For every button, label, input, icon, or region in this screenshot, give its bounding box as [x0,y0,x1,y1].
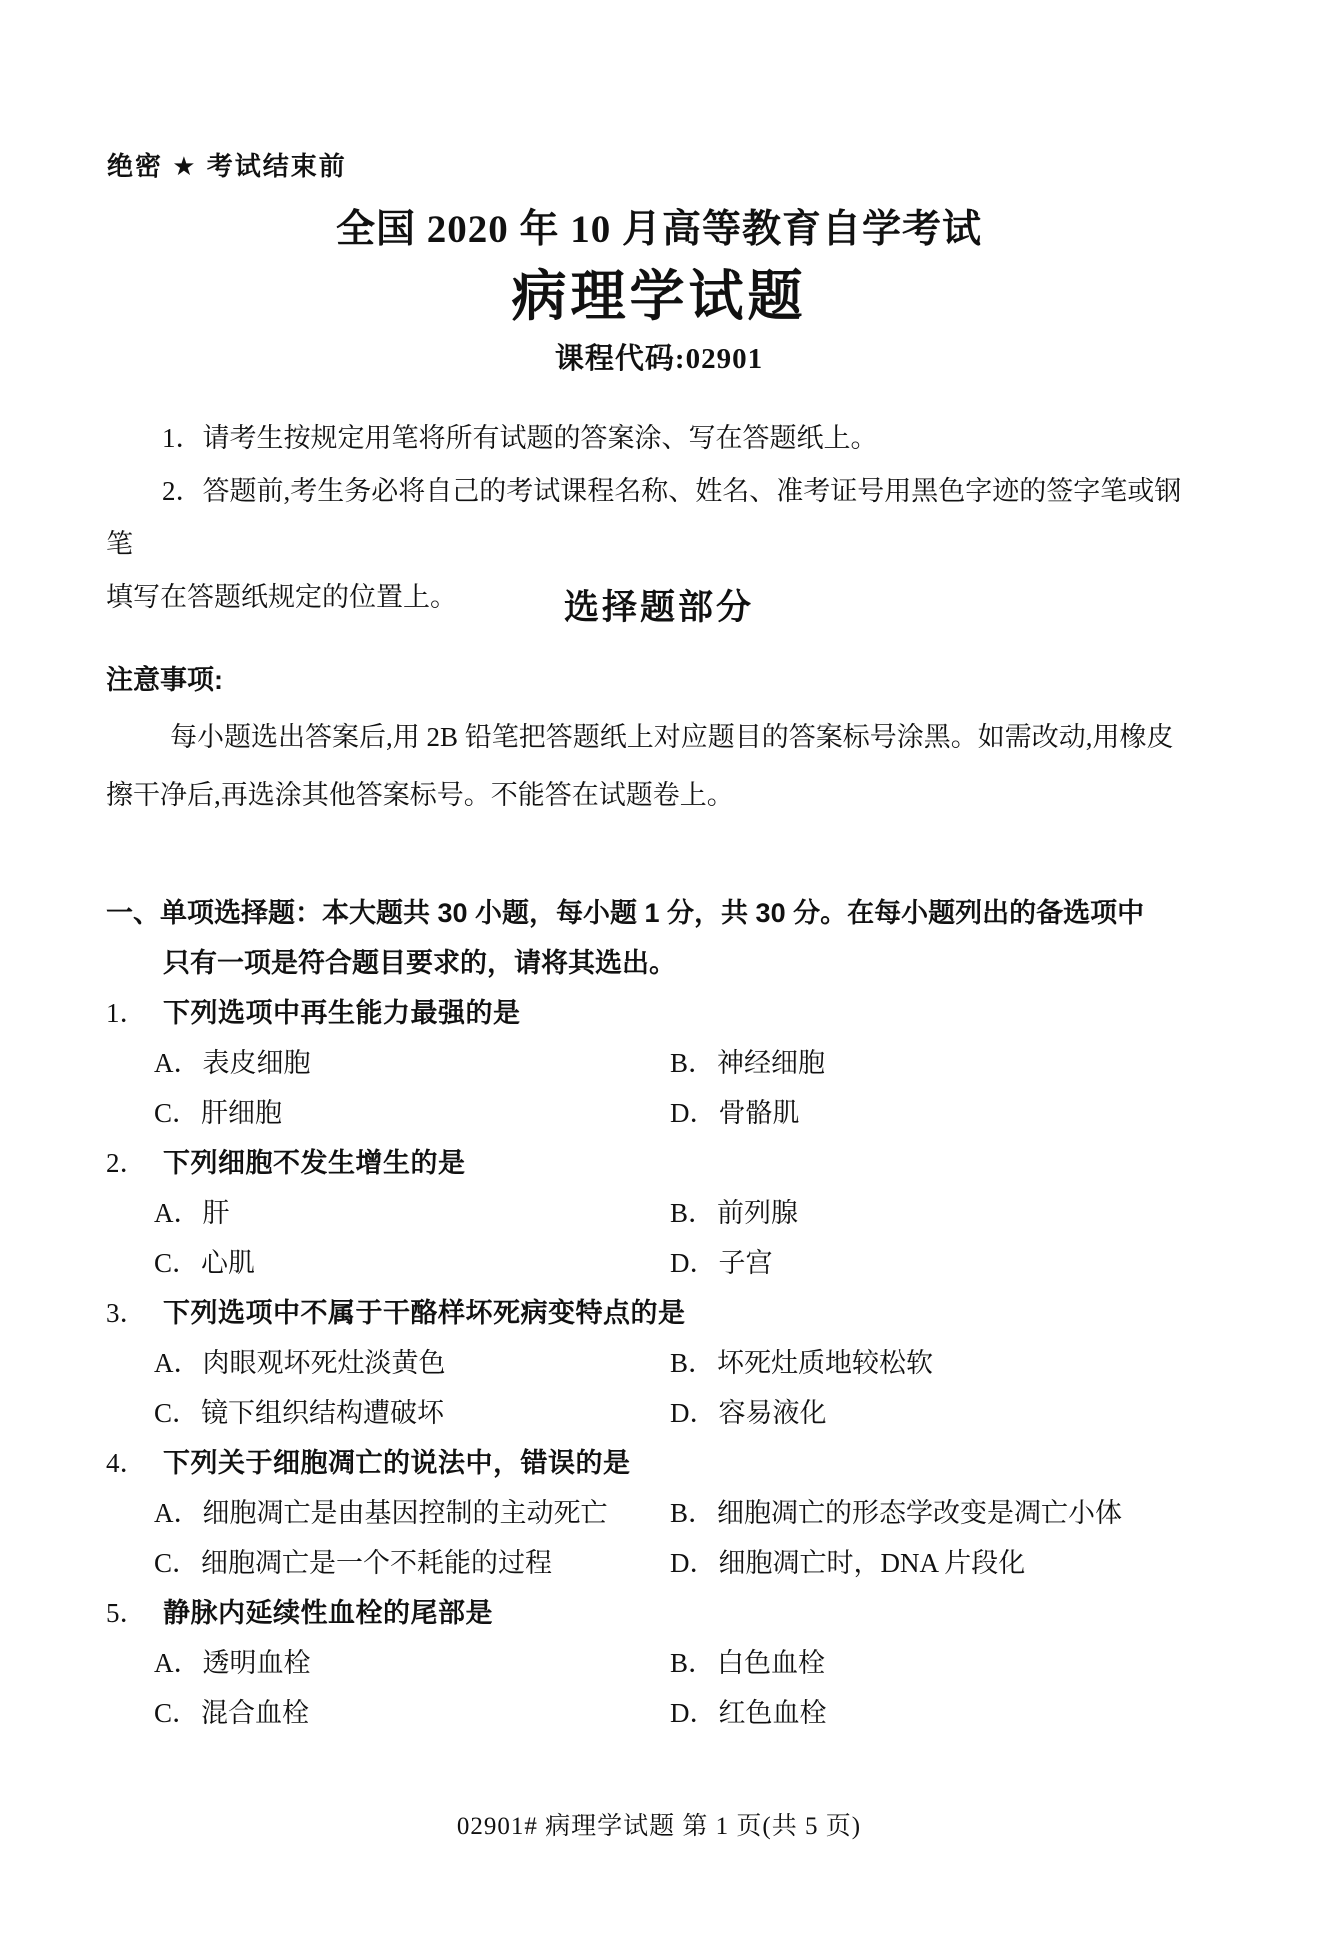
option-text: 细胞凋亡是由基因控制的主动死亡 [203,1498,608,1528]
instruction-1: 1．请考生按规定用笔将所有试题的答案涂、写在答题纸上。 [106,412,1206,465]
option-text: 细胞凋亡的形态学改变是凋亡小体 [717,1498,1122,1528]
option-label: A． [154,1348,201,1378]
question-5-option-a: A．透明血栓 [154,1638,670,1688]
question-1-option-b: B．神经细胞 [670,1038,1266,1088]
option-label: C． [154,1398,199,1428]
question-1-option-c: C．肝细胞 [154,1088,670,1138]
option-label: D． [670,1248,717,1278]
question-1-number: 1． [106,988,163,1038]
question-3-stem-text: 下列选项中不属于干酪样坏死病变特点的是 [163,1288,686,1338]
question-5-options: A．透明血栓 B．白色血栓 C．混合血栓 D．红色血栓 [154,1638,1266,1738]
question-2-options: A．肝 B．前列腺 C．心肌 D．子宫 [154,1188,1266,1288]
option-text: 混合血栓 [201,1698,309,1728]
option-label: C． [154,1098,199,1128]
option-text: 肝细胞 [201,1098,282,1128]
question-2: 2． 下列细胞不发生增生的是 A．肝 B．前列腺 C．心肌 D．子宫 [106,1138,1266,1288]
question-5-number: 5． [106,1588,163,1638]
option-label: A． [154,1198,201,1228]
question-3-option-b: B．坏死灶质地较松软 [670,1338,1266,1388]
option-label: B． [670,1198,715,1228]
stem-pre: 下列细胞 [163,1148,273,1178]
page-footer: 02901# 病理学试题 第 1 页(共 5 页) [0,1806,1318,1842]
question-4-option-c: C．细胞凋亡是一个不耗能的过程 [154,1538,670,1588]
stem-pre: 下列选项中再生能力最强的是 [163,998,521,1028]
option-text: 骨骼肌 [719,1098,800,1128]
question-4-stem: 4． 下列关于细胞凋亡的说法中，错误的是 [106,1438,1266,1488]
stem-emphasis: 不发生 [273,1148,356,1178]
stem-emphasis: 不属于 [301,1298,384,1328]
exam-paper-page: { "page": { "security_notice": "绝密 ★ 考试结… [0,0,1318,1945]
question-2-stem-text: 下列细胞不发生增生的是 [163,1138,466,1188]
stem-pre: 下列选项中 [163,1298,301,1328]
option-text: 心肌 [201,1248,255,1278]
option-label: D． [670,1548,717,1578]
option-label: A． [154,1048,201,1078]
question-2-number: 2． [106,1138,163,1188]
question-3-stem: 3． 下列选项中不属于干酪样坏死病变特点的是 [106,1288,1266,1338]
question-4-number: 4． [106,1438,163,1488]
question-5-option-c: C．混合血栓 [154,1688,670,1738]
option-label: D． [670,1398,717,1428]
option-text: 容易液化 [719,1398,827,1428]
paper-title: 病理学试题 [0,252,1318,331]
option-text: 透明血栓 [203,1648,311,1678]
option-text: 神经细胞 [717,1048,825,1078]
option-text: 白色血栓 [717,1648,825,1678]
question-list: 1． 下列选项中再生能力最强的是 A．表皮细胞 B．神经细胞 C．肝细胞 D．骨… [106,988,1266,1738]
option-label: C． [154,1248,199,1278]
option-label: D． [670,1698,717,1728]
notice-body-line-2: 擦干净后,再选涂其他答案标号。不能答在试题卷上。 [106,780,734,810]
question-2-option-b: B．前列腺 [670,1188,1266,1238]
section-title-choice-part: 选择题部分 [0,580,1318,630]
question-4-option-a: A．细胞凋亡是由基因控制的主动死亡 [154,1488,670,1538]
option-text: 肝 [203,1198,230,1228]
stem-pre: 静脉内延续性血栓的尾部是 [163,1598,493,1628]
option-text: 红色血栓 [719,1698,827,1728]
stem-post: 的是 [576,1448,631,1478]
question-3-option-d: D．容易液化 [670,1388,1266,1438]
question-2-option-a: A．肝 [154,1188,670,1238]
part1-header-line-1: 一、单项选择题：本大题共 30 小题，每小题 1 分，共 30 分。在每小题列出… [106,898,1144,928]
question-4: 4． 下列关于细胞凋亡的说法中，错误的是 A．细胞凋亡是由基因控制的主动死亡 B… [106,1438,1266,1588]
question-4-stem-text: 下列关于细胞凋亡的说法中，错误的是 [163,1438,631,1488]
option-label: B． [670,1648,715,1678]
option-text: 表皮细胞 [203,1048,311,1078]
option-text: 前列腺 [717,1198,798,1228]
stem-post: 干酪样坏死病变特点的是 [383,1298,686,1328]
course-code: 课程代码:02901 [0,336,1318,377]
question-3-option-c: C．镜下组织结构遭破坏 [154,1388,670,1438]
question-1-option-d: D．骨骼肌 [670,1088,1266,1138]
notice-body: 每小题选出答案后,用 2B 铅笔把答题纸上对应题目的答案标号涂黑。如需改动,用橡… [106,708,1241,824]
exam-session-title: 全国 2020 年 10 月高等教育自学考试 [0,198,1318,254]
option-label: B． [670,1048,715,1078]
question-5: 5． 静脉内延续性血栓的尾部是 A．透明血栓 B．白色血栓 C．混合血栓 D．红… [106,1588,1266,1738]
question-3-option-a: A．肉眼观坏死灶淡黄色 [154,1338,670,1388]
question-2-option-d: D．子宫 [670,1238,1266,1288]
question-1-options: A．表皮细胞 B．神经细胞 C．肝细胞 D．骨骼肌 [154,1038,1266,1138]
option-label: A． [154,1498,201,1528]
question-2-option-c: C．心肌 [154,1238,670,1288]
question-5-option-b: B．白色血栓 [670,1638,1266,1688]
question-5-stem-text: 静脉内延续性血栓的尾部是 [163,1588,493,1638]
question-1-option-a: A．表皮细胞 [154,1038,670,1088]
stem-emphasis: 错误 [521,1448,576,1478]
option-label: B． [670,1498,715,1528]
notice-title: 注意事项: [106,658,223,697]
option-text: 镜下组织结构遭破坏 [201,1398,444,1428]
question-3-number: 3． [106,1288,163,1338]
part1-header-line-2: 只有一项是符合题目要求的，请将其选出。 [163,948,676,978]
question-1: 1． 下列选项中再生能力最强的是 A．表皮细胞 B．神经细胞 C．肝细胞 D．骨… [106,988,1266,1138]
question-5-option-d: D．红色血栓 [670,1688,1266,1738]
stem-pre: 下列关于细胞凋亡的说法中， [163,1448,521,1478]
option-label: C． [154,1698,199,1728]
security-notice: 绝密 ★ 考试结束前 [107,146,347,183]
question-3: 3． 下列选项中不属于干酪样坏死病变特点的是 A．肉眼观坏死灶淡黄色 B．坏死灶… [106,1288,1266,1438]
option-label: A． [154,1648,201,1678]
question-5-stem: 5． 静脉内延续性血栓的尾部是 [106,1588,1266,1638]
option-text: 肉眼观坏死灶淡黄色 [203,1348,446,1378]
option-label: B． [670,1348,715,1378]
question-1-stem-text: 下列选项中再生能力最强的是 [163,988,521,1038]
option-label: C． [154,1548,199,1578]
option-text: 坏死灶质地较松软 [717,1348,933,1378]
question-1-stem: 1． 下列选项中再生能力最强的是 [106,988,1266,1038]
option-text: 细胞凋亡是一个不耗能的过程 [201,1548,552,1578]
question-4-options: A．细胞凋亡是由基因控制的主动死亡 B．细胞凋亡的形态学改变是凋亡小体 C．细胞… [154,1488,1266,1588]
question-4-option-d: D．细胞凋亡时，DNA 片段化 [670,1538,1266,1588]
question-3-options: A．肉眼观坏死灶淡黄色 B．坏死灶质地较松软 C．镜下组织结构遭破坏 D．容易液… [154,1338,1266,1438]
question-4-option-b: B．细胞凋亡的形态学改变是凋亡小体 [670,1488,1266,1538]
question-2-stem: 2． 下列细胞不发生增生的是 [106,1138,1266,1188]
option-label: D． [670,1098,717,1128]
option-text: 子宫 [719,1248,773,1278]
instruction-2-line-1: 2．答题前,考生务必将自己的考试课程名称、姓名、准考证号用黑色字迹的签字笔或钢笔 [106,476,1181,559]
notice-body-line-1: 每小题选出答案后,用 2B 铅笔把答题纸上对应题目的答案标号涂黑。如需改动,用橡… [170,722,1174,752]
option-text: 细胞凋亡时，DNA 片段化 [719,1548,1026,1578]
part1-header: 一、单项选择题：本大题共 30 小题，每小题 1 分，共 30 分。在每小题列出… [106,888,1243,988]
instruction-1-text: 1．请考生按规定用笔将所有试题的答案涂、写在答题纸上。 [162,423,878,453]
stem-post: 增生的是 [356,1148,466,1178]
